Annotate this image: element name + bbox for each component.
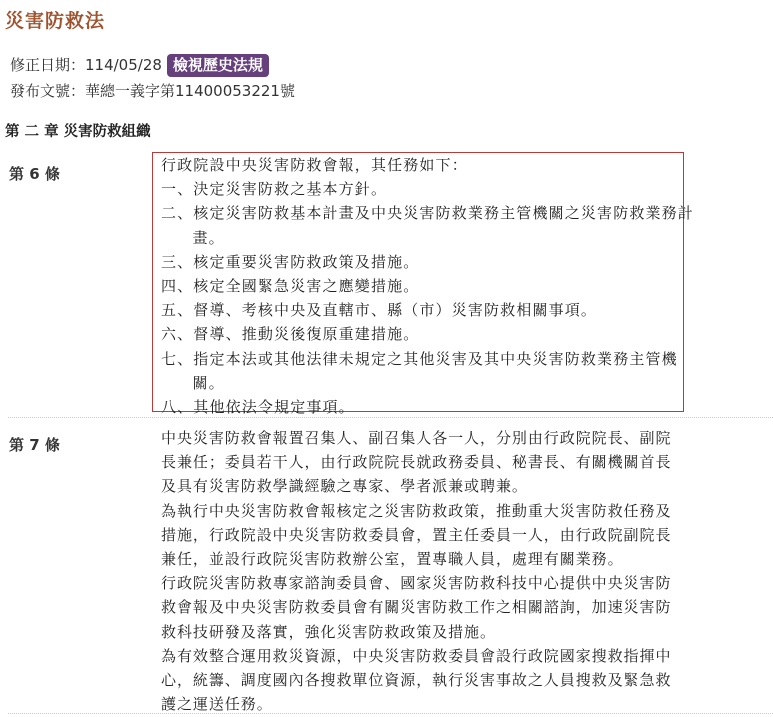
article-7: 第 7 條 中央災害防救會報置召集人、副召集人各一人，分別由行政院院長、副院長兼… xyxy=(0,423,773,713)
article-item: 四、核定全國緊急災害之應變措施。 xyxy=(161,274,683,298)
law-title: 災害防救法 xyxy=(5,6,105,33)
law-meta: 修正日期：114/05/28 檢視歷史法規 發布文號：華總一義字第1140005… xyxy=(10,52,295,104)
article-item: 一、決定災害防救之基本方針。 xyxy=(161,177,683,201)
article-body-highlighted: 行政院設中央災害防救會報，其任務如下： 一、決定災害防救之基本方針。 二、核定災… xyxy=(152,152,684,412)
article-body: 中央災害防救會報置召集人、副召集人各一人，分別由行政院院長、副院長兼任；委員若干… xyxy=(161,426,679,716)
article-item: 八、其他依法令規定事項。 xyxy=(161,395,683,419)
article-item: 七、指定本法或其他法律未規定之其他災害及其中央災害防救業務主管機關。 xyxy=(161,347,708,395)
article-item: 三、核定重要災害防救政策及措施。 xyxy=(161,250,683,274)
view-history-button[interactable]: 檢視歷史法規 xyxy=(167,54,269,77)
article-number[interactable]: 第 7 條 xyxy=(9,434,60,455)
article-paragraph: 為執行中央災害防救會報核定之災害防救政策，推動重大災害防救任務及措施，行政院設中… xyxy=(161,499,679,572)
chapter-title: 第 二 章 災害防救組織 xyxy=(5,120,151,141)
article-intro: 行政院設中央災害防救會報，其任務如下： xyxy=(161,153,683,177)
article-paragraph: 行政院災害防救專家諮詢委員會、國家災害防救科技中心提供中央災害防救會報及中央災害… xyxy=(161,571,679,644)
article-divider xyxy=(8,417,773,418)
promulgation-number: 發布文號：華總一義字第11400053221號 xyxy=(10,78,295,104)
article-divider xyxy=(8,713,773,714)
article-6: 第 6 條 行政院設中央災害防救會報，其任務如下： 一、決定災害防救之基本方針。… xyxy=(0,152,773,416)
article-paragraph: 為有效整合運用救災資源，中央災害防救委員會設行政院國家搜救指揮中心，統籌、調度國… xyxy=(161,644,679,717)
article-item: 五、督導、考核中央及直轄市、縣（市）災害防救相關事項。 xyxy=(161,298,683,322)
article-paragraph: 中央災害防救會報置召集人、副召集人各一人，分別由行政院院長、副院長兼任；委員若干… xyxy=(161,426,679,499)
promulgation-row: 發布文號：華總一義字第11400053221號 xyxy=(10,78,295,104)
article-item: 六、督導、推動災後復原重建措施。 xyxy=(161,322,683,346)
article-item: 二、核定災害防救基本計畫及中央災害防救業務主管機關之災害防救業務計畫。 xyxy=(161,201,708,249)
amend-date-row: 修正日期：114/05/28 檢視歷史法規 xyxy=(10,52,295,78)
article-number[interactable]: 第 6 條 xyxy=(9,163,60,184)
amend-date: 修正日期：114/05/28 xyxy=(10,52,162,78)
